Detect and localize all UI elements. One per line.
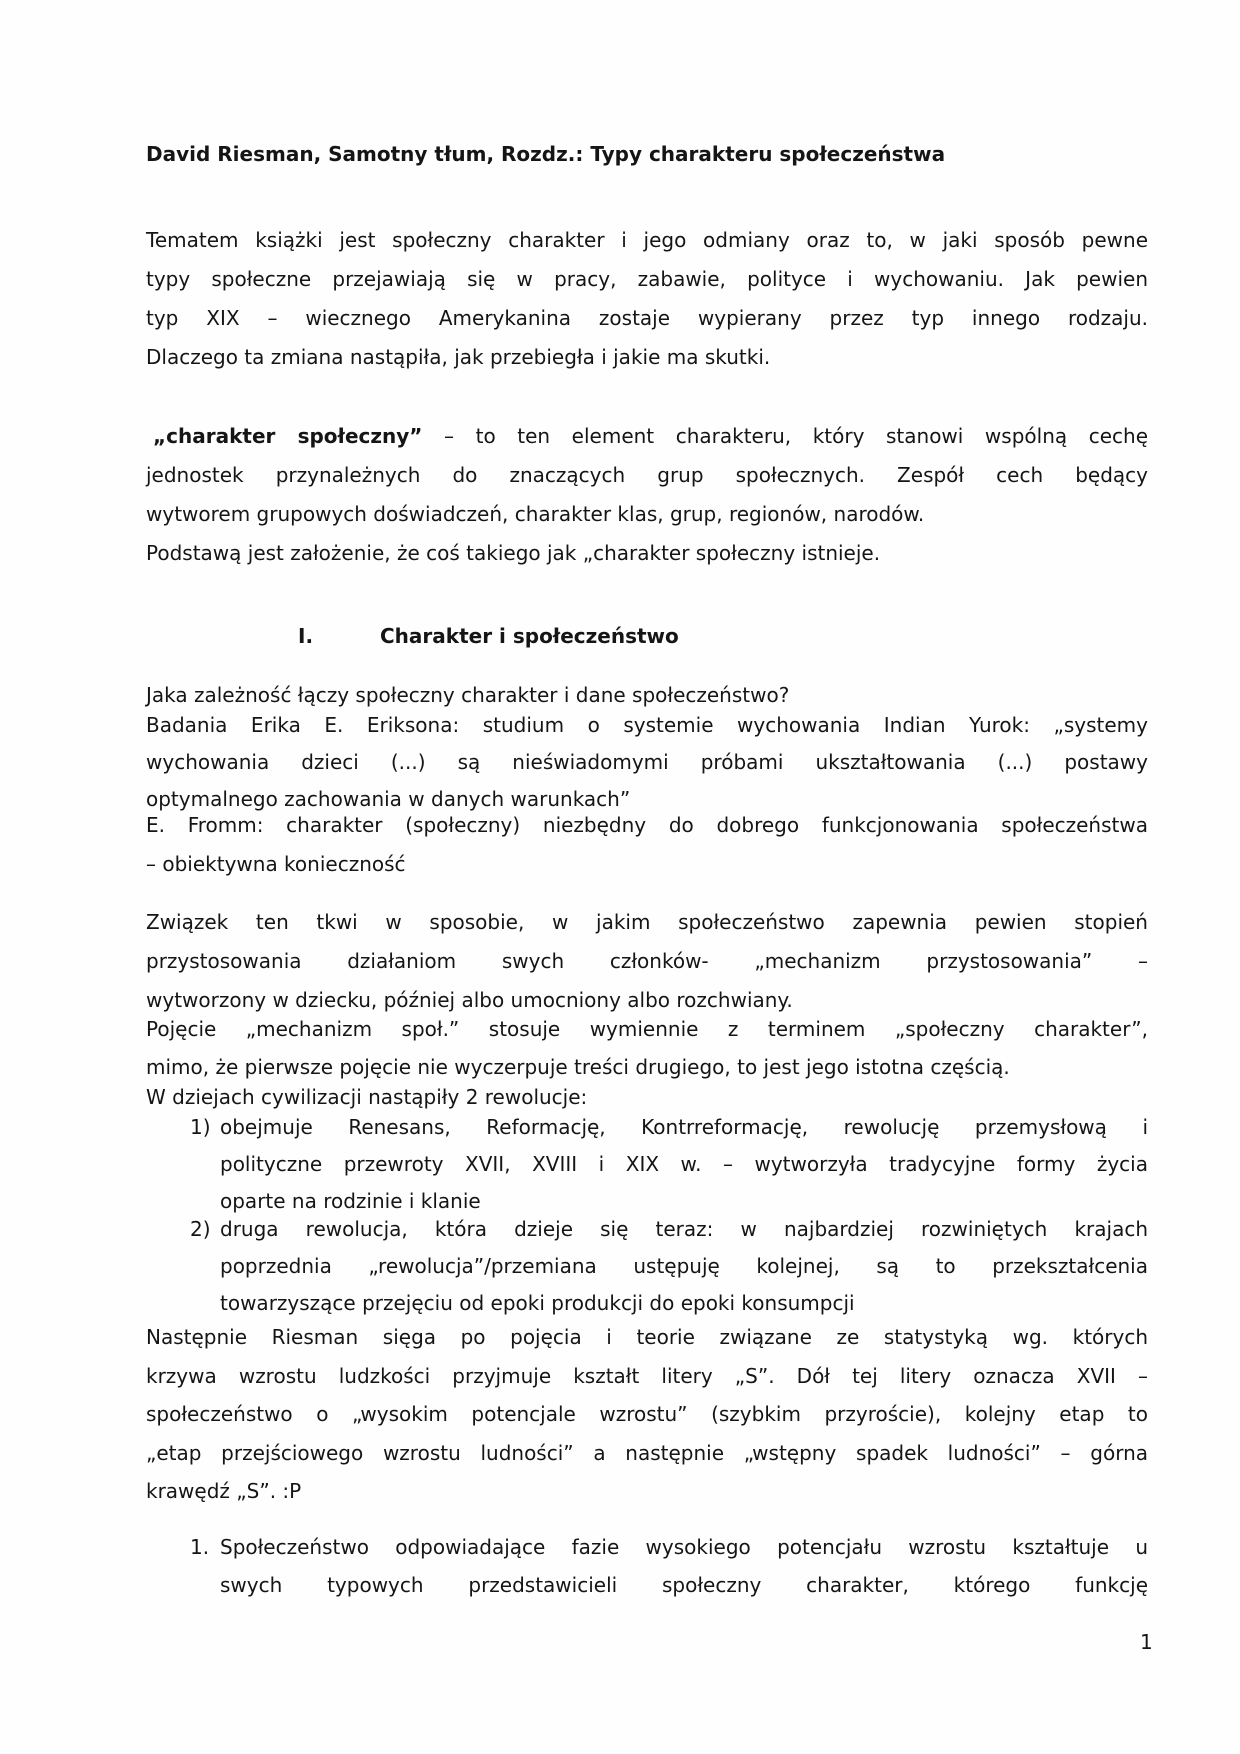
paragraph-podstawa: Podstawą jest założenie, że coś takiego … — [146, 534, 1148, 573]
paragraph-definition: „charakter społeczny” – to ten element c… — [146, 417, 1148, 534]
text-line: jednostek przynależnych do znaczących gr… — [146, 456, 1148, 495]
page-number: 1 — [1140, 1630, 1153, 1654]
paragraph-intro: Tematem książki jest społeczny charakter… — [146, 221, 1148, 377]
paragraph-pojecie: Pojęcie „mechanizm społ.” stosuje wymien… — [146, 1010, 1148, 1086]
paragraph-fromm: E. Fromm: charakter (społeczny) niezbędn… — [146, 806, 1148, 884]
text-line: „charakter społeczny” – to ten element c… — [146, 417, 1148, 456]
text-line: Społeczeństwo odpowiadające fazie wysoki… — [220, 1528, 1148, 1566]
list-marker: 2) — [190, 1211, 211, 1248]
text-line: Związek ten tkwi w sposobie, w jakim spo… — [146, 903, 1148, 942]
list-item-revolution-2: 2) druga rewolucja, która dzieje się ter… — [146, 1211, 1148, 1322]
text-line: typy społeczne przejawiają się w pracy, … — [146, 260, 1148, 299]
text-line: wychowania dzieci (...) są nieświadomymi… — [146, 744, 1148, 781]
text-line: typ XIX – wiecznego Amerykanina zostaje … — [146, 299, 1148, 338]
paragraph-statistics: Następnie Riesman sięga po pojęcia i teo… — [146, 1318, 1148, 1511]
document-title: David Riesman, Samotny tłum, Rozdz.: Typ… — [146, 140, 1148, 168]
text-line: krzywa wzrostu ludzkości przyjmuje kszta… — [146, 1357, 1148, 1396]
text-line: Pojęcie „mechanizm społ.” stosuje wymien… — [146, 1010, 1148, 1048]
definition-term-rest: – to ten element charakteru, który stano… — [422, 424, 1148, 448]
list-marker: 1. — [190, 1528, 209, 1566]
text-line: swych typowych przedstawicieli społeczny… — [220, 1566, 1148, 1604]
text-line: druga rewolucja, która dzieje się teraz:… — [220, 1211, 1148, 1248]
list-item-revolution-1: 1) obejmuje Renesans, Reformację, Kontrr… — [146, 1109, 1148, 1220]
document-page: David Riesman, Samotny tłum, Rozdz.: Typ… — [0, 0, 1240, 1754]
list-marker: 1) — [190, 1109, 211, 1146]
section-number: I. — [298, 620, 313, 652]
text-line: obejmuje Renesans, Reformację, Kontrrefo… — [220, 1109, 1148, 1146]
text-line: społeczeństwo o „wysokim potencjale wzro… — [146, 1395, 1148, 1434]
text-line: Następnie Riesman sięga po pojęcia i teo… — [146, 1318, 1148, 1357]
list-item-phase-1: 1. Społeczeństwo odpowiadające fazie wys… — [146, 1528, 1148, 1604]
text-line: – obiektywna konieczność — [146, 845, 1148, 884]
text-line: polityczne przewroty XVII, XVIII i XIX w… — [220, 1146, 1148, 1183]
text-line: poprzednia „rewolucja”/przemiana ustępuj… — [220, 1248, 1148, 1285]
text-line: Dlaczego ta zmiana nastąpiła, jak przebi… — [146, 338, 1148, 377]
text-line: Badania Erika E. Eriksona: studium o sys… — [146, 707, 1148, 744]
paragraph-zwiazek: Związek ten tkwi w sposobie, w jakim spo… — [146, 903, 1148, 1020]
section-heading: I. Charakter i społeczeństwo — [146, 620, 1148, 652]
text-line: mimo, że pierwsze pojęcie nie wyczerpuje… — [146, 1048, 1148, 1086]
text-line: Tematem książki jest społeczny charakter… — [146, 221, 1148, 260]
text-line: E. Fromm: charakter (społeczny) niezbędn… — [146, 806, 1148, 845]
section-heading-label: Charakter i społeczeństwo — [380, 624, 679, 648]
text-line: „etap przejściowego wzrostu ludności” a … — [146, 1434, 1148, 1473]
text-line: towarzyszące przejęciu od epoki produkcj… — [220, 1285, 1148, 1322]
text-line: przystosowania działaniom swych członków… — [146, 942, 1148, 981]
paragraph-erikson: Badania Erika E. Eriksona: studium o sys… — [146, 707, 1148, 818]
text-line: krawędź „S”. :P — [146, 1472, 1148, 1511]
definition-term: „charakter społeczny” — [153, 424, 422, 448]
text-line: wytworem grupowych doświadczeń, charakte… — [146, 495, 1148, 534]
